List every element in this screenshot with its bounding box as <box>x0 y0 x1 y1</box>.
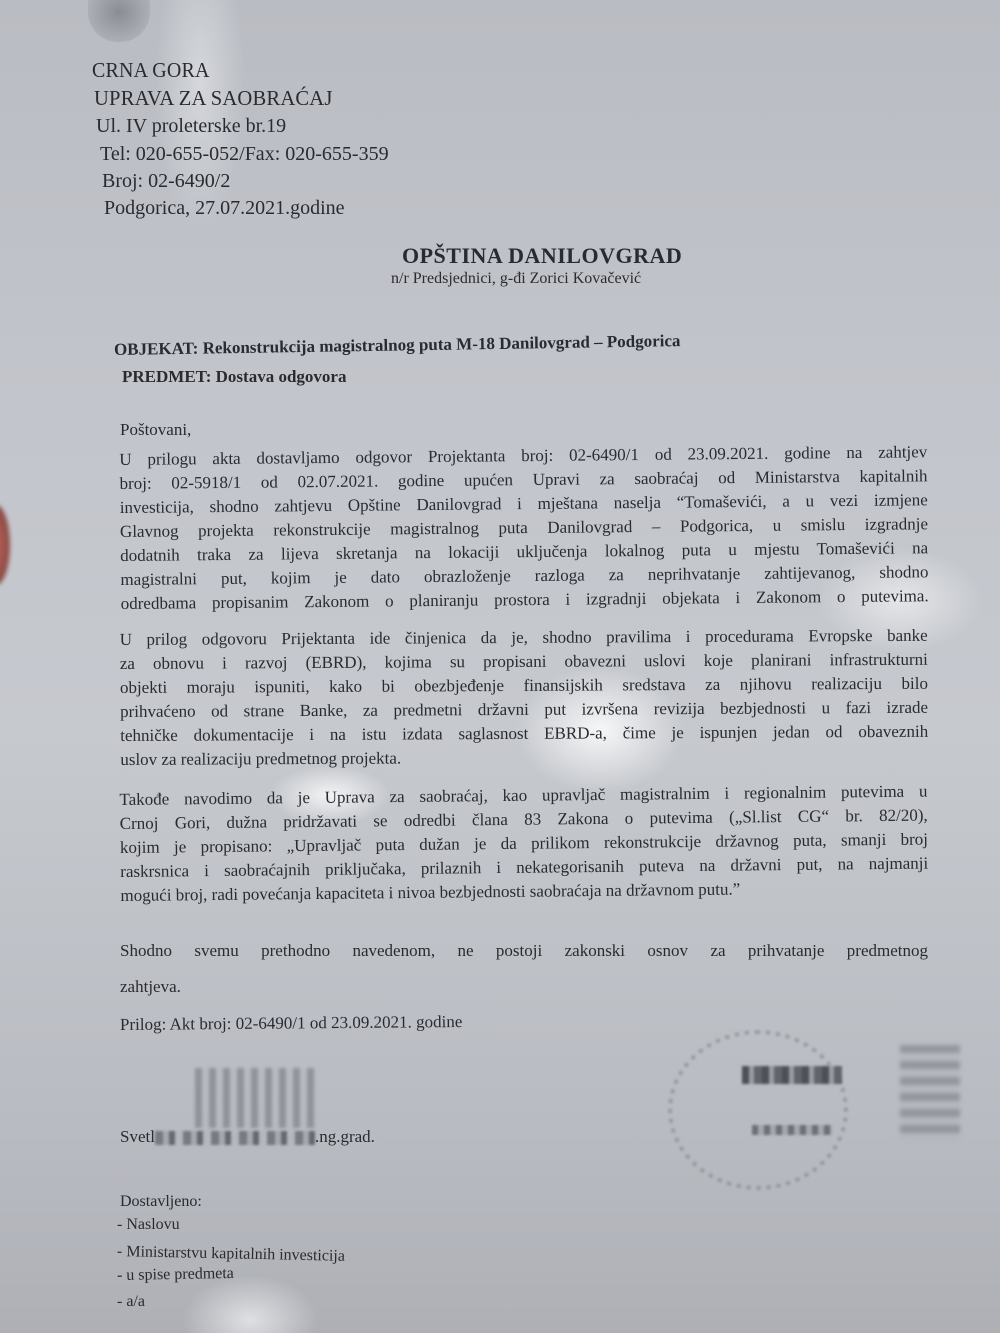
paragraph-conclusion: Shodno svemu prethodno navedenom, ne pos… <box>120 933 928 1005</box>
signatory-name-suffix: .ng.grad. <box>315 1127 375 1146</box>
sender-agency: UPRAVA ZA SAOBRAĆAJ <box>94 86 333 111</box>
subject-matter: PREDMET: Dostava odgovora <box>122 367 346 387</box>
redacted-name-block <box>155 1131 315 1145</box>
distribution-label: Dostavljeno: <box>120 1193 202 1211</box>
paragraph-line: uslov za realizaciju predmetnog projekta… <box>120 744 928 772</box>
subject-object-label: OBJEKAT: <box>114 339 199 359</box>
sender-address: Ul. IV proleterske br.19 <box>96 115 286 138</box>
reference-number: Broj: 02-6490/2 <box>102 170 230 193</box>
signatory-name-prefix: Svetl <box>120 1127 155 1146</box>
distribution-item: - Naslovu <box>117 1216 180 1234</box>
redacted-stamp-line <box>752 1125 832 1135</box>
place-date: Podgorica, 27.07.2021.godine <box>104 197 345 220</box>
redacted-director-signature <box>900 1045 960 1140</box>
sender-phone-fax: Tel: 020-655-052/Fax: 020-655-359 <box>100 143 389 166</box>
distribution-item: - a/a <box>117 1293 145 1311</box>
paragraph-line: tehničke dokumentacije i na istu izdata … <box>120 720 928 748</box>
recipient-name: OPŠTINA DANILOVGRAD <box>402 243 682 269</box>
paragraph-line: Shodno svemu prethodno navedenom, ne pos… <box>120 933 928 969</box>
recipient-attention: n/r Predsjednici, g-đi Zorici Kovačević <box>391 270 641 288</box>
distribution-item: - u spise predmeta <box>117 1265 234 1285</box>
redacted-stamp-text <box>742 1066 842 1084</box>
paragraph-ebrd: U prilog odgovoru Prijektanta ide činjen… <box>120 624 929 772</box>
sender-country: CRNA GORA <box>92 58 210 83</box>
redacted-stamp <box>668 1030 848 1190</box>
salutation: Poštovani, <box>120 418 191 442</box>
attachment-note: Prilog: Akt broj: 02-6490/1 od 23.09.202… <box>120 1010 463 1037</box>
redacted-signature <box>195 1068 315 1128</box>
paragraph-line: zahtjeva. <box>120 969 928 1005</box>
subject-matter-value: Dostava odgovora <box>216 367 347 386</box>
signatory-name: Svetl.ng.grad. <box>120 1125 375 1149</box>
paragraph-law-article: Takođe navodimo da je Uprava za saobraća… <box>119 780 928 908</box>
subject-matter-label: PREDMET: <box>122 367 211 386</box>
paragraph-response-attachment: U prilogu akta dostavljamo odgovor Proje… <box>119 440 929 616</box>
